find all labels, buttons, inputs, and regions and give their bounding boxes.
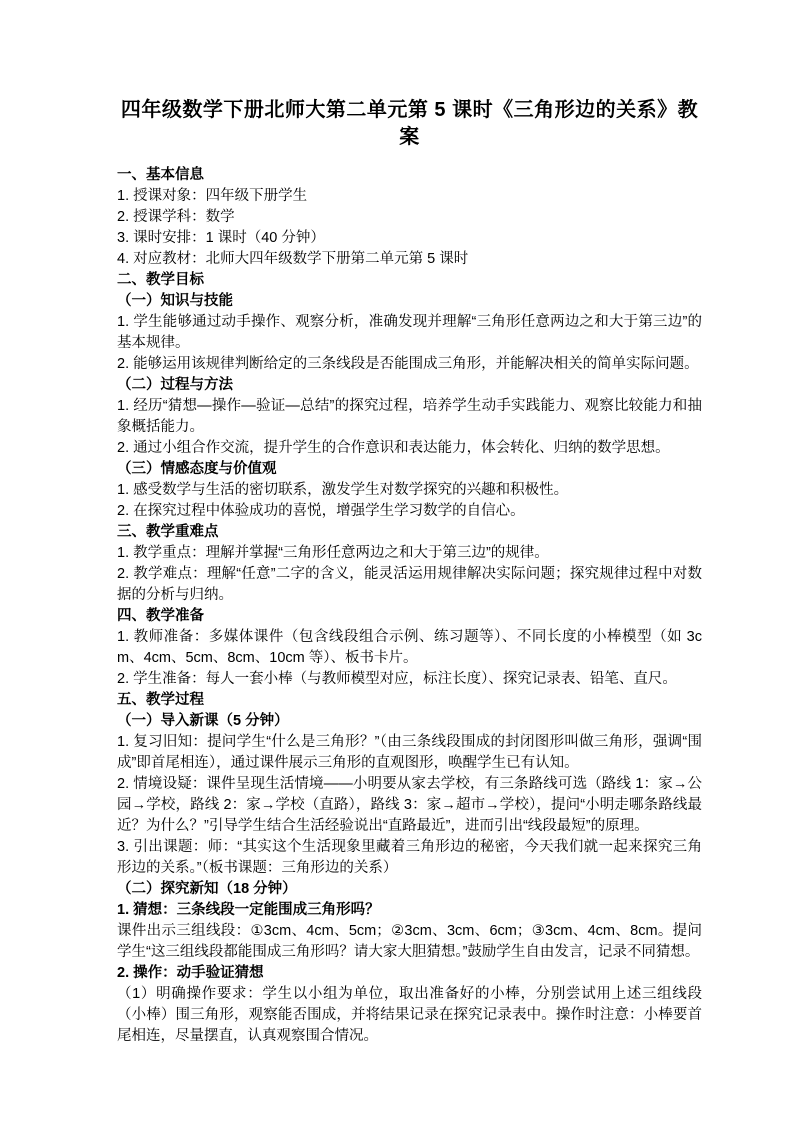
paragraph: 1. 授课对象：四年级下册学生	[117, 186, 702, 207]
paragraph: （1）明确操作要求：学生以小组为单位，取出准备好的小棒，分别尝试用上述三组线段（…	[117, 984, 702, 1047]
section-heading: 2. 操作：动手验证猜想	[117, 963, 702, 984]
document-page: 四年级数学下册北师大第二单元第 5 课时《三角形边的关系》教案 一、基本信息1.…	[0, 0, 794, 1123]
paragraph: 2. 在探究过程中体验成功的喜悦，增强学生学习数学的自信心。	[117, 501, 702, 522]
paragraph: 3. 课时安排：1 课时（40 分钟）	[117, 228, 702, 249]
paragraph: 2. 学生准备：每人一套小棒（与教师模型对应，标注长度）、探究记录表、铅笔、直尺…	[117, 669, 702, 690]
section-heading: 五、教学过程	[117, 690, 702, 711]
paragraph: 2. 能够运用该规律判断给定的三条线段是否能围成三角形，并能解决相关的简单实际问…	[117, 354, 702, 375]
paragraph: 1. 经历“猜想—操作—验证—总结”的探究过程，培养学生动手实践能力、观察比较能…	[117, 396, 702, 438]
paragraph: 课件出示三组线段：①3cm、4cm、5cm；②3cm、3cm、6cm；③3cm、…	[117, 921, 702, 963]
section-heading: （一）导入新课（5 分钟）	[117, 711, 702, 732]
paragraph: 1. 感受数学与生活的密切联系，激发学生对数学探究的兴趣和积极性。	[117, 480, 702, 501]
section-heading: 1. 猜想：三条线段一定能围成三角形吗？	[117, 900, 702, 921]
section-heading: 四、教学准备	[117, 606, 702, 627]
paragraph: 1. 学生能够通过动手操作、观察分析，准确发现并理解“三角形任意两边之和大于第三…	[117, 312, 702, 354]
paragraph: 2. 教学难点：理解“任意”二字的含义，能灵活运用规律解决实际问题；探究规律过程…	[117, 564, 702, 606]
section-heading: 三、教学重难点	[117, 522, 702, 543]
paragraph: 2. 情境设疑：课件呈现生活情境——小明要从家去学校，有三条路线可选（路线 1：…	[117, 774, 702, 837]
paragraph: 1. 教师准备：多媒体课件（包含线段组合示例、练习题等）、不同长度的小棒模型（如…	[117, 627, 702, 669]
paragraph: 1. 复习旧知：提问学生“什么是三角形？”（由三条线段围成的封闭图形叫做三角形，…	[117, 732, 702, 774]
paragraph: 2. 授课学科：数学	[117, 207, 702, 228]
document-body: 一、基本信息1. 授课对象：四年级下册学生2. 授课学科：数学3. 课时安排：1…	[117, 165, 702, 1047]
paragraph: 2. 通过小组合作交流，提升学生的合作意识和表达能力，体会转化、归纳的数学思想。	[117, 438, 702, 459]
section-heading: 一、基本信息	[117, 165, 702, 186]
paragraph: 3. 引出课题：师：“其实这个生活现象里藏着三角形边的秘密，今天我们就一起来探究…	[117, 837, 702, 879]
section-heading: （二）过程与方法	[117, 375, 702, 396]
section-heading: （二）探究新知（18 分钟）	[117, 879, 702, 900]
section-heading: （三）情感态度与价值观	[117, 459, 702, 480]
document-title: 四年级数学下册北师大第二单元第 5 课时《三角形边的关系》教案	[117, 97, 702, 151]
paragraph: 4. 对应教材：北师大四年级数学下册第二单元第 5 课时	[117, 249, 702, 270]
section-heading: 二、教学目标	[117, 270, 702, 291]
paragraph: 1. 教学重点：理解并掌握“三角形任意两边之和大于第三边”的规律。	[117, 543, 702, 564]
section-heading: （一）知识与技能	[117, 291, 702, 312]
